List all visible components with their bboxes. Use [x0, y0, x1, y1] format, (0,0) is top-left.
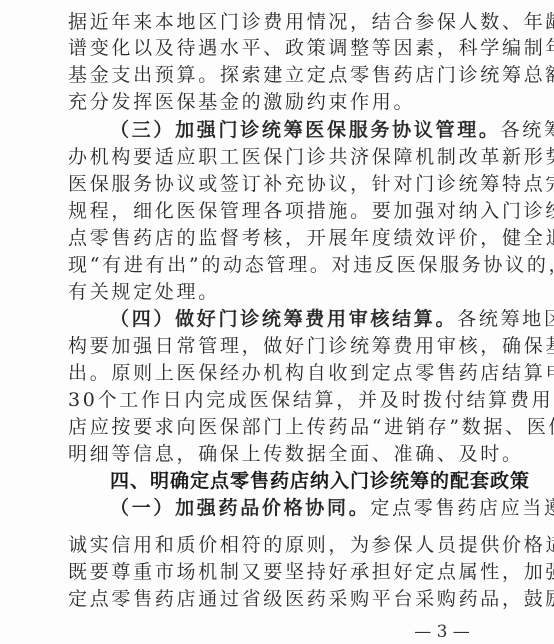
paragraph-line: 规程，细化医保管理各项措施。要加强对纳入门诊统筹管理的定 [68, 198, 484, 224]
paragraph-line: 谱变化以及待遇水平、政策调整等因素，科学编制年度门诊医保 [68, 35, 484, 61]
paragraph-line: 现“有进有出”的动态管理。对违反医保服务协议的，严格按照 [68, 252, 484, 278]
paragraph-line: 30个工作日内完成医保结算，并及时拨付结算费用。定点零售药 [68, 387, 484, 413]
page-number: — 3 — [412, 620, 472, 644]
paragraph-line: 医保服务协议或签订补充协议，针对门诊统筹特点完善医保经办 [68, 171, 484, 197]
paragraph-line: 构要加强日常管理，做好门诊统筹费用审核，确保基金规范支 [68, 333, 484, 359]
paragraph-text: 各统筹地区医保经 [501, 119, 554, 141]
paragraph-line: 据近年来本地区门诊费用情况，结合参保人数、年龄结构、疾病 [68, 9, 484, 35]
subheading-line-3: （三）加强门诊统筹医保服务协议管理。各统筹地区医保经 [110, 117, 484, 143]
paragraph-line: 店应按要求向医保部门上传药品“进销存”数据、医保费用支出 [68, 414, 484, 440]
paragraph-line: 既要尊重市场机制又要坚持好承担好定点属性，加强自律。支持 [68, 559, 484, 585]
subheading-line-1: （一）加强药品价格协同。定点零售药店应当遵循公平合法、 [110, 495, 484, 521]
paragraph-line: 基金支出预算。探索建立定点零售药店门诊统筹总额预算管理， [68, 62, 484, 88]
subheading-title: （一）加强药品价格协同。 [110, 497, 370, 519]
paragraph-line: 定点零售药店通过省级医药采购平台采购药品，鼓励自愿参与药 [68, 586, 484, 612]
paragraph-text: 各统筹地区医保经办机 [457, 308, 554, 330]
paragraph-text: 定点零售药店应当遵循公平合法、 [370, 497, 554, 519]
paragraph-line: 诚实信用和质价相符的原则，为参保人员提供价格适宜的药品， [68, 532, 484, 558]
paragraph-line: 充分发挥医保基金的激励约束作用。 [68, 89, 484, 115]
subheading-title: （三）加强门诊统筹医保服务协议管理。 [110, 119, 501, 141]
subheading-title: （四）做好门诊统筹费用审核结算。 [110, 308, 457, 330]
document-page: 据近年来本地区门诊费用情况，结合参保人数、年龄结构、疾病 谱变化以及待遇水平、政… [0, 0, 554, 644]
paragraph-line: 明细等信息，确保上传数据全面、准确、及时。 [68, 441, 484, 467]
paragraph-line: 出。原则上医保经办机构自收到定点零售药店结算申请之日起 [68, 360, 484, 386]
paragraph-line: 办机构要适应职工医保门诊共济保障机制改革新形势，及时修订 [68, 144, 484, 170]
paragraph-line: 点零售药店的监督考核，开展年度绩效评价，健全退出机制，实 [68, 225, 484, 251]
subheading-line-4: （四）做好门诊统筹费用审核结算。各统筹地区医保经办机 [110, 306, 484, 332]
paragraph-line: 有关规定处理。 [68, 279, 484, 305]
section-heading: 四、明确定点零售药店纳入门诊统筹的配套政策 [110, 468, 484, 494]
